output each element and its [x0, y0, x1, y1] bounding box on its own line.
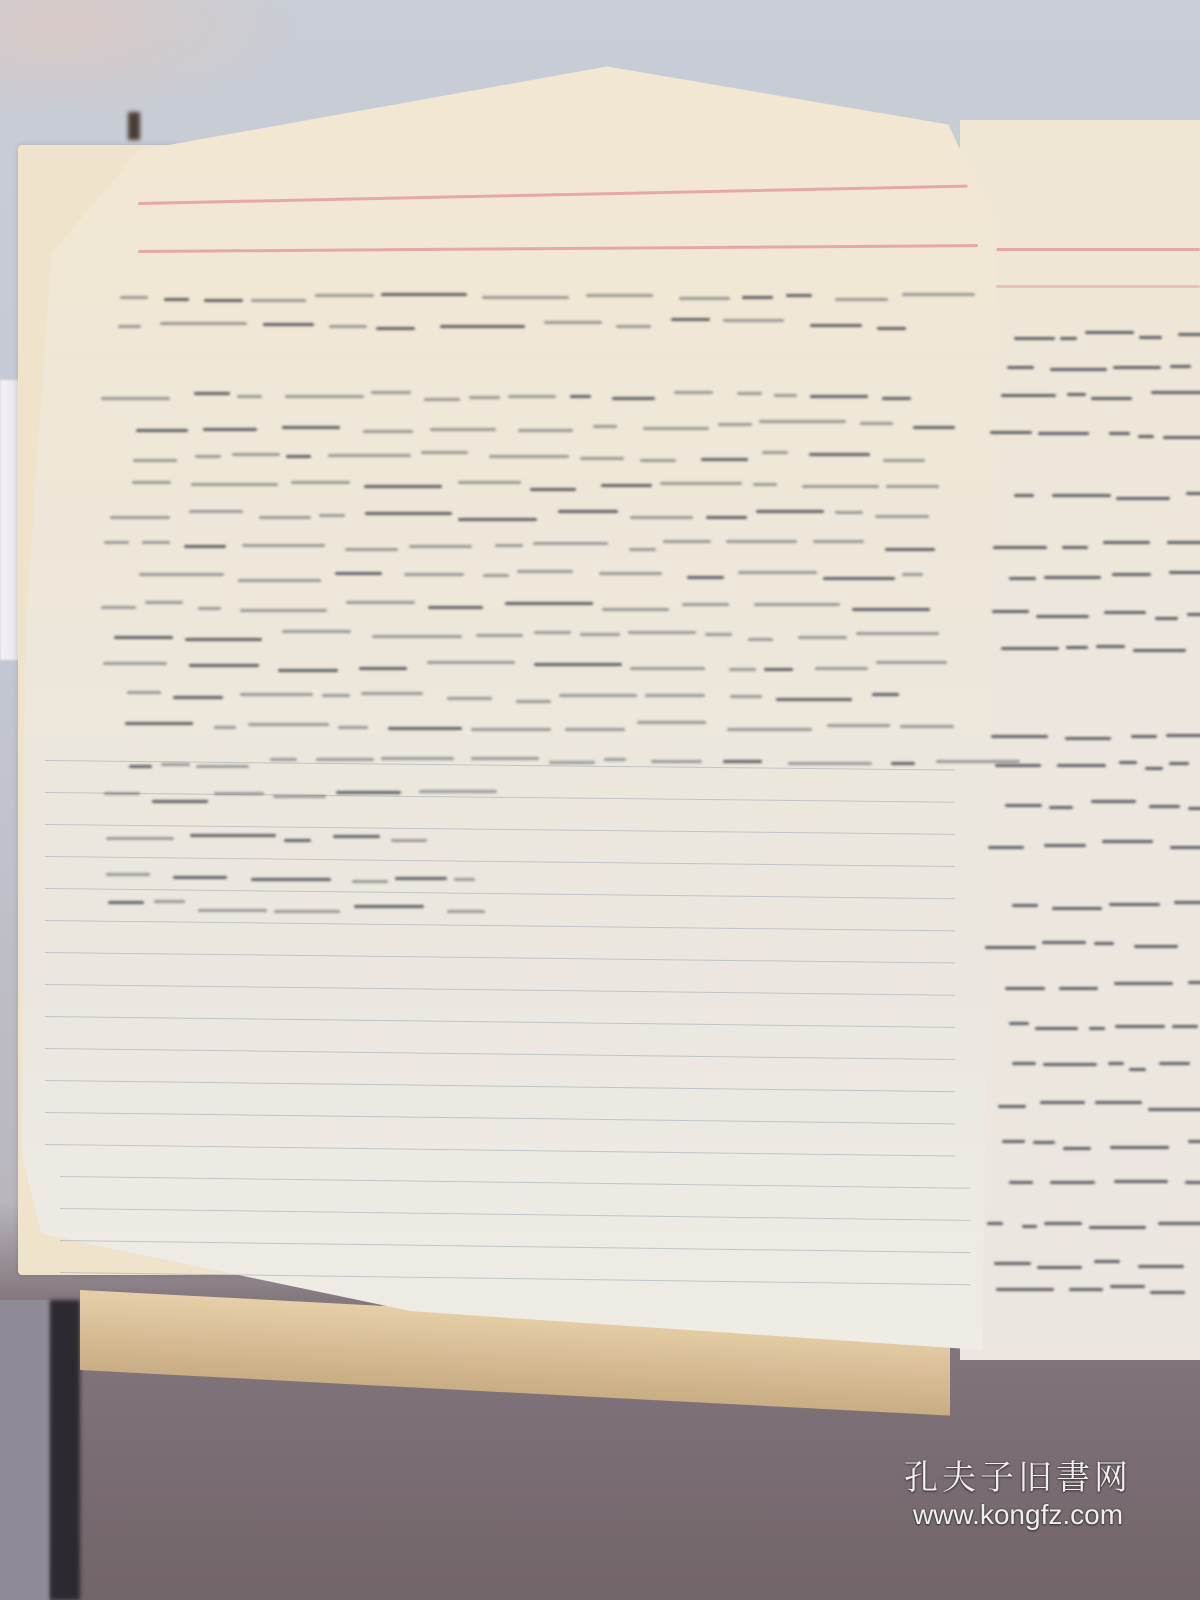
- handwriting-stroke: [1012, 904, 1038, 907]
- handwriting-stroke: [1188, 807, 1200, 810]
- handwriting-stroke: [1159, 1062, 1191, 1065]
- handwriting-stroke: [118, 325, 141, 328]
- handwriting-stroke: [1043, 1063, 1097, 1066]
- handwriting-stroke: [259, 516, 311, 519]
- handwriting-stroke: [1094, 1260, 1121, 1263]
- handwriting-stroke: [580, 457, 624, 460]
- handwriting-stroke: [1134, 945, 1178, 948]
- handwriting-stroke: [993, 546, 1048, 549]
- handwriting-stroke: [628, 631, 696, 634]
- handwriting-stroke: [203, 428, 258, 431]
- handwriting-stroke: [1108, 1062, 1123, 1065]
- handwriting-stroke: [1052, 907, 1102, 910]
- handwriting-stroke: [788, 762, 872, 765]
- handwriting-stroke: [1022, 1225, 1037, 1228]
- handwriting-stroke: [815, 667, 868, 670]
- handwriting-stroke: [987, 1222, 1003, 1225]
- handwriting-stroke: [1050, 368, 1106, 371]
- handwriting-stroke: [447, 697, 492, 700]
- spine-mark: [128, 112, 140, 140]
- handwriting-stroke: [103, 662, 168, 665]
- handwriting-stroke: [1044, 576, 1101, 579]
- handwriting-stroke: [990, 431, 1032, 434]
- handwriting-stroke: [354, 905, 424, 908]
- handwriting-stroke: [1172, 1025, 1199, 1028]
- handwriting-stroke: [1133, 649, 1187, 652]
- handwriting-stroke: [263, 323, 314, 326]
- handwriting-stroke: [885, 548, 935, 551]
- handwriting-stroke: [101, 397, 170, 400]
- handwriting-stroke: [637, 721, 706, 724]
- table-edge-left: [0, 1300, 50, 1600]
- handwriting-stroke: [345, 548, 398, 551]
- handwriting-stroke: [458, 481, 521, 484]
- handwriting-stroke: [1148, 1108, 1200, 1111]
- handwriting-stroke: [1131, 735, 1157, 738]
- handwriting-stroke: [593, 425, 617, 428]
- handwriting-stroke: [1050, 1181, 1095, 1184]
- handwriting-stroke: [154, 900, 185, 903]
- handwriting-stroke: [237, 395, 263, 398]
- handwriting-stroke: [534, 663, 622, 666]
- handwriting-stroke: [381, 757, 455, 760]
- handwriting-stroke: [238, 579, 321, 582]
- handwriting-stroke: [286, 455, 310, 458]
- handwriting-stroke: [936, 760, 1020, 763]
- handwriting-stroke: [651, 760, 702, 763]
- handwriting-stroke: [701, 458, 748, 461]
- handwriting-stroke: [173, 696, 223, 699]
- handwriting-stroke: [835, 298, 888, 301]
- handwriting-stroke: [629, 548, 656, 551]
- handwriting-stroke: [1062, 546, 1088, 549]
- handwriting-stroke: [802, 485, 879, 488]
- handwriting-stroke: [471, 757, 538, 760]
- table-edge-shadow: [50, 1300, 80, 1600]
- watermark-url: www.kongfz.com: [888, 1498, 1148, 1532]
- handwriting-stroke: [813, 540, 864, 543]
- handwriting-stroke: [248, 723, 328, 726]
- handwriting-stroke: [1188, 981, 1200, 984]
- handwriting-stroke: [753, 483, 777, 486]
- handwriting-stroke: [1012, 1062, 1036, 1065]
- handwriting-stroke: [336, 791, 401, 794]
- handwriting-stroke: [674, 391, 713, 394]
- handwriting-stroke: [191, 483, 278, 486]
- handwriting-stroke: [1186, 492, 1200, 495]
- handwriting-stroke: [1109, 432, 1131, 435]
- handwriting-stroke: [1115, 1025, 1165, 1028]
- handwriting-stroke: [1188, 1140, 1200, 1143]
- handwriting-stroke: [106, 873, 150, 876]
- handwriting-stroke: [1094, 942, 1114, 945]
- handwriting-stroke: [883, 459, 925, 462]
- handwriting-stroke: [876, 661, 947, 664]
- handwriting-stroke: [1091, 397, 1132, 400]
- handwriting-stroke: [251, 299, 306, 302]
- handwriting-stroke: [483, 574, 509, 577]
- handwriting-stroke: [196, 765, 249, 768]
- handwriting-stroke: [705, 633, 732, 636]
- handwriting-stroke: [640, 459, 676, 462]
- handwriting-stroke: [994, 1262, 1031, 1265]
- handwriting-stroke: [106, 837, 174, 840]
- handwriting-stroke: [1145, 767, 1162, 770]
- handwriting-stroke: [1002, 1140, 1025, 1143]
- handwriting-stroke: [1178, 333, 1200, 336]
- handwriting-stroke: [764, 668, 792, 671]
- handwriting-stroke: [270, 758, 297, 761]
- handwriting-stroke: [372, 635, 461, 638]
- handwriting-stroke: [998, 1105, 1026, 1108]
- handwriting-stroke: [1169, 571, 1200, 574]
- handwriting-stroke: [687, 576, 724, 579]
- handwriting-stroke: [730, 695, 762, 698]
- handwriting-stroke: [1149, 805, 1181, 808]
- handwriting-stroke: [1169, 762, 1189, 765]
- handwriting-stroke: [232, 453, 280, 456]
- handwriting-stroke: [1187, 613, 1200, 616]
- handwriting-stroke: [1005, 804, 1042, 807]
- handwriting-stroke: [580, 633, 619, 636]
- handwriting-stroke: [549, 761, 595, 764]
- handwriting-stroke: [376, 327, 415, 330]
- handwriting-stroke: [886, 485, 938, 488]
- handwriting-stroke: [900, 725, 954, 728]
- handwriting-stroke: [242, 544, 324, 547]
- handwriting-stroke: [214, 726, 236, 729]
- handwriting-stroke: [737, 392, 763, 395]
- handwriting-stroke: [101, 606, 137, 609]
- handwriting-stroke: [1119, 761, 1137, 764]
- handwriting-stroke: [1103, 541, 1151, 544]
- handwriting-stroke: [992, 610, 1029, 613]
- handwriting-stroke: [559, 694, 637, 697]
- handwriting-stroke: [706, 516, 747, 519]
- handwriting-stroke: [164, 298, 189, 301]
- right-margin-line: [990, 248, 1200, 251]
- handwriting-stroke: [1069, 1288, 1103, 1291]
- handwriting-stroke: [430, 428, 496, 431]
- handwriting-stroke: [726, 540, 797, 543]
- handwriting-stroke: [798, 636, 846, 639]
- handwriting-stroke: [718, 423, 752, 426]
- handwriting-stroke: [284, 839, 311, 842]
- handwriting-stroke: [1049, 806, 1072, 809]
- handwriting-stroke: [586, 294, 653, 297]
- handwriting-stroke: [533, 542, 608, 545]
- handwriting-stroke: [391, 839, 427, 842]
- handwriting-stroke: [1066, 646, 1088, 649]
- handwriting-stroke: [1035, 1027, 1077, 1030]
- watermark-chinese: 孔夫子旧書网: [888, 1458, 1148, 1498]
- handwriting-stroke: [346, 601, 415, 604]
- handwriting-stroke: [1067, 393, 1086, 396]
- handwriting-stroke: [145, 601, 183, 604]
- handwriting-stroke: [530, 488, 576, 491]
- handwriting-stroke: [409, 545, 472, 548]
- handwriting-stroke: [902, 293, 975, 296]
- handwriting-stroke: [291, 481, 350, 484]
- handwriting-stroke: [278, 669, 338, 672]
- handwriting-stroke: [240, 693, 313, 696]
- handwriting-stroke: [1150, 1291, 1184, 1294]
- handwriting-stroke: [991, 735, 1048, 738]
- handwriting-stroke: [329, 325, 367, 328]
- handwriting-stroke: [364, 485, 442, 488]
- handwriting-stroke: [723, 760, 762, 763]
- handwriting-stroke: [1014, 337, 1055, 340]
- handwriting-stroke: [1089, 1226, 1146, 1229]
- handwriting-stroke: [185, 638, 262, 641]
- handwriting-stroke: [133, 459, 177, 462]
- handwriting-stroke: [454, 878, 474, 881]
- handwriting-stroke: [786, 294, 812, 297]
- handwriting-stroke: [759, 420, 846, 423]
- handwriting-stroke: [363, 430, 414, 433]
- handwriting-stroke: [616, 325, 651, 328]
- handwriting-stroke: [161, 763, 190, 766]
- handwriting-stroke: [152, 800, 208, 803]
- handwriting-stroke: [1040, 1101, 1085, 1104]
- handwriting-stroke: [136, 429, 188, 432]
- handwriting-stroke: [1155, 617, 1178, 620]
- handwriting-stroke: [189, 664, 259, 667]
- handwriting-stroke: [988, 846, 1024, 849]
- handwriting-stroke: [142, 541, 170, 544]
- handwriting-stroke: [1110, 1146, 1169, 1149]
- handwriting-stroke: [240, 609, 326, 612]
- handwriting-stroke: [1174, 901, 1200, 904]
- handwriting-stroke: [1044, 1222, 1081, 1225]
- handwriting-stroke: [125, 722, 192, 725]
- handwriting-stroke: [570, 395, 591, 398]
- handwriting-stroke: [108, 901, 144, 904]
- handwriting-stroke: [1138, 1265, 1184, 1268]
- handwriting-stroke: [630, 667, 705, 670]
- handwriting-stroke: [663, 540, 711, 543]
- handwriting-stroke: [643, 427, 709, 430]
- handwriting-stroke: [1009, 577, 1036, 580]
- handwriting-stroke: [198, 909, 267, 912]
- handwriting-stroke: [1037, 1266, 1082, 1269]
- handwriting-stroke: [875, 515, 930, 518]
- handwriting-stroke: [518, 429, 573, 432]
- handwriting-stroke: [404, 573, 464, 576]
- handwriting-stroke: [1095, 1101, 1142, 1104]
- handwriting-stroke: [333, 835, 380, 838]
- handwriting-stroke: [756, 510, 824, 513]
- handwriting-stroke: [1036, 615, 1088, 618]
- handwriting-stroke: [1001, 394, 1056, 397]
- handwriting-stroke: [198, 607, 220, 610]
- handwriting-stroke: [774, 394, 796, 397]
- handwriting-stroke: [476, 634, 522, 637]
- handwriting-stroke: [282, 630, 350, 633]
- wall-background: [0, 0, 300, 120]
- handwriting-stroke: [319, 514, 345, 517]
- handwriting-stroke: [273, 795, 326, 798]
- handwriting-stroke: [1104, 611, 1145, 614]
- handwriting-stroke: [612, 397, 656, 400]
- handwriting-stroke: [544, 321, 603, 324]
- handwriting-stroke: [1044, 844, 1087, 847]
- handwriting-stroke: [1085, 331, 1134, 334]
- handwriting-stroke: [762, 451, 788, 454]
- handwriting-stroke: [1129, 1068, 1146, 1071]
- handwriting-stroke: [251, 878, 331, 881]
- handwriting-stroke: [104, 792, 140, 795]
- handwriting-stroke: [860, 422, 893, 425]
- handwriting-stroke: [748, 638, 773, 641]
- handwriting-stroke: [482, 296, 569, 299]
- handwriting-stroke: [645, 694, 706, 697]
- handwriting-stroke: [913, 426, 954, 429]
- handwriting-stroke: [1052, 494, 1111, 497]
- handwriting-stroke: [274, 910, 341, 913]
- handwriting-stroke: [1114, 982, 1173, 985]
- handwriting-stroke: [1001, 647, 1060, 650]
- handwriting-stroke: [810, 324, 862, 327]
- handwriting-stroke: [602, 608, 669, 611]
- handwriting-stroke: [110, 516, 170, 519]
- handwriting-stroke: [776, 698, 852, 701]
- handwriting-stroke: [508, 395, 556, 398]
- handwriting-stroke: [365, 512, 452, 515]
- handwriting-stroke: [371, 391, 411, 394]
- handwriting-stroke: [189, 510, 243, 513]
- handwriting-stroke: [1112, 573, 1151, 576]
- handwriting-stroke: [139, 573, 224, 576]
- handwriting-stroke: [1170, 365, 1192, 368]
- handwriting-stroke: [1113, 366, 1161, 369]
- handwriting-stroke: [1005, 987, 1046, 990]
- handwriting-stroke: [1109, 903, 1160, 906]
- handwriting-stroke: [872, 693, 899, 696]
- handwriting-stroke: [495, 544, 522, 547]
- handwriting-stroke: [1185, 1181, 1200, 1184]
- handwriting-stroke: [1158, 1222, 1200, 1225]
- watermark: 孔夫子旧書网 www.kongfz.com: [888, 1458, 1148, 1532]
- handwriting-stroke: [469, 396, 501, 399]
- handwriting-stroke: [194, 392, 230, 395]
- handwriting-stroke: [1091, 800, 1136, 803]
- handwriting-stroke: [1042, 941, 1086, 944]
- handwriting-stroke: [882, 397, 910, 400]
- handwriting-stroke: [195, 455, 221, 458]
- handwriting-stroke: [335, 572, 382, 575]
- handwriting-stroke: [316, 758, 374, 761]
- notebook-left-page: [22, 60, 997, 1350]
- handwriting-stroke: [471, 728, 551, 731]
- handwriting-stroke: [328, 454, 411, 457]
- handwriting-stroke: [604, 758, 626, 761]
- handwriting-stroke: [381, 293, 467, 296]
- handwriting-stroke: [285, 395, 364, 398]
- handwriting-stroke: [127, 691, 161, 694]
- handwriting-stroke: [835, 511, 864, 514]
- handwriting-stroke: [129, 765, 151, 768]
- handwriting-stroke: [338, 726, 368, 729]
- handwriting-stroke: [315, 294, 374, 297]
- handwriting-stroke: [427, 661, 516, 664]
- handwriting-stroke: [827, 724, 891, 727]
- handwriting-stroke: [516, 700, 551, 703]
- handwriting-stroke: [1065, 737, 1112, 740]
- handwriting-stroke: [120, 296, 148, 299]
- right-margin-line-2: [990, 285, 1200, 288]
- handwriting-stroke: [671, 318, 710, 321]
- handwriting-stroke: [1009, 1181, 1033, 1184]
- handwriting-stroke: [132, 481, 171, 484]
- handwriting-stroke: [388, 727, 462, 730]
- handwriting-stroke: [852, 608, 930, 611]
- handwriting-stroke: [599, 572, 663, 575]
- handwriting-stroke: [601, 484, 652, 487]
- handwriting-stroke: [738, 571, 817, 574]
- handwriting-stroke: [395, 877, 447, 880]
- handwriting-stroke: [902, 573, 923, 576]
- handwriting-stroke: [190, 834, 277, 837]
- handwriting-stroke: [1114, 1180, 1167, 1183]
- handwriting-stroke: [1038, 432, 1090, 435]
- handwriting-stroke: [891, 762, 915, 765]
- handwriting-stroke: [361, 692, 422, 695]
- handwriting-stroke: [1102, 840, 1153, 843]
- handwriting-stroke: [1170, 846, 1200, 849]
- handwriting-stroke: [505, 602, 593, 605]
- handwriting-stroke: [810, 395, 868, 398]
- handwriting-stroke: [1151, 391, 1200, 394]
- handwriting-stroke: [1089, 1027, 1105, 1030]
- handwriting-stroke: [352, 880, 388, 883]
- handwriting-stroke: [823, 577, 895, 580]
- handwriting-stroke: [421, 451, 468, 454]
- handwriting-stroke: [1139, 336, 1162, 339]
- handwriting-stroke: [282, 426, 340, 429]
- handwriting-stroke: [424, 398, 460, 401]
- handwriting-stroke: [723, 319, 784, 322]
- handwriting-stroke: [1009, 1022, 1029, 1025]
- handwriting-stroke: [565, 728, 625, 731]
- handwriting-stroke: [322, 694, 350, 697]
- handwriting-stroke: [1033, 1141, 1055, 1144]
- handwriting-stroke: [1014, 494, 1034, 497]
- handwriting-stroke: [1057, 764, 1106, 767]
- handwriting-stroke: [754, 603, 840, 606]
- handwriting-stroke: [359, 667, 407, 670]
- handwriting-stroke: [877, 327, 906, 330]
- handwriting-stroke: [517, 570, 573, 573]
- handwriting-stroke: [729, 668, 756, 671]
- handwriting-stroke: [558, 510, 618, 513]
- handwriting-stroke: [1138, 435, 1153, 438]
- handwriting-stroke: [1167, 541, 1200, 544]
- handwriting-stroke: [742, 296, 773, 299]
- notebook-right-page: [960, 120, 1200, 1360]
- handwriting-stroke: [1110, 1285, 1145, 1288]
- handwriting-stroke: [1116, 497, 1169, 500]
- handwriting-stroke: [809, 453, 870, 456]
- handwriting-stroke: [1166, 734, 1200, 737]
- handwriting-stroke: [489, 455, 569, 458]
- handwriting-stroke: [428, 606, 483, 609]
- handwriting-stroke: [184, 545, 226, 548]
- handwriting-stroke: [204, 299, 244, 302]
- handwriting-stroke: [996, 1288, 1054, 1291]
- handwriting-stroke: [419, 790, 497, 793]
- handwriting-stroke: [447, 910, 485, 913]
